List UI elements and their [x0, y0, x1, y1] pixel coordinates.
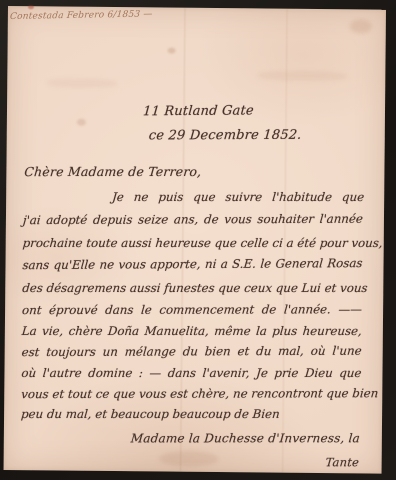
body-line: vous et tout ce que vous est chère, ne r…	[21, 386, 362, 401]
closing-line: Madame la Duchesse d'Inverness, la	[130, 431, 357, 445]
body-line: peu du mal, et beaucoup beaucoup de Bien	[20, 407, 280, 421]
catchword: Tante	[325, 455, 360, 469]
letter-body: Je ne puis que suivre l'habitude que j'a…	[8, 6, 386, 10]
body-line: sans qu'Elle ne vous apporte, ni a S.E. …	[22, 256, 363, 272]
paper-speck	[77, 119, 86, 126]
paper-stain	[159, 450, 219, 467]
ink-showthrough-smudge	[257, 70, 347, 81]
body-line: ont éprouvé dans le commencement de l'an…	[21, 302, 362, 317]
date-line: ce 29 Decembre 1852.	[148, 128, 302, 144]
paper-speck	[168, 48, 176, 54]
body-line: est toujours un mélange du bien et du ma…	[21, 344, 362, 359]
red-speck	[28, 5, 34, 9]
archival-annotation: Contestada Febrero 6/1853 —	[9, 9, 152, 22]
address-line: 11 Rutland Gate	[142, 103, 254, 119]
ink-showthrough-smudge	[47, 78, 117, 88]
body-line: prochaine toute aussi heureuse que celle…	[22, 236, 363, 250]
body-line: La vie, chère Doña Manuelita, même la pl…	[21, 324, 362, 338]
paper-stain	[350, 19, 372, 33]
salutation-line: Chère Madame de Terrero,	[24, 164, 202, 179]
body-line: Je ne puis que suivre l'habitude que	[112, 190, 365, 204]
photo-dark-frame: Contestada Febrero 6/1853 — 11 Rutland G…	[0, 0, 396, 480]
letter-page: Contestada Febrero 6/1853 — 11 Rutland G…	[4, 6, 386, 474]
body-line: j'ai adopté depuis seize ans, de vous so…	[22, 212, 363, 227]
body-line: où l'autre domine : — dans l'avenir, Je …	[21, 366, 362, 380]
body-line: des désagremens aussi funestes que ceux …	[22, 281, 363, 295]
